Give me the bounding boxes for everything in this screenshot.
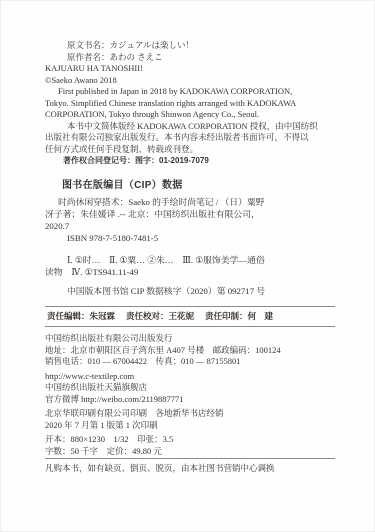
printer-distributor-line: 北京华联印刷有限公司印刷 各地新华书店经销 xyxy=(45,408,335,420)
cip-classification-line-2: 读物 Ⅳ. ①TS941.11-49 xyxy=(45,266,335,278)
staff-row: 责任编辑：朱冠霖 责任校对：王花妮 责任印制：何 建 xyxy=(45,306,335,327)
chinese-rights-line-2: 出版社有限公司独家出版发行。本书内容未经出版者书面许可，不得以 xyxy=(45,132,335,144)
original-title-line: 原文书名：カジュアルは楽しい！ xyxy=(45,40,335,52)
responsible-editor: 责任编辑：朱冠霖 xyxy=(47,310,115,322)
cip-block: 时尚休闲穿搭术：Saeko 的手绘时尚笔记 / （日）粟野 冴子著；朱佳媛译 .… xyxy=(45,196,335,297)
publisher-name-line: 中国纺织出版社有限公司出版发行 xyxy=(45,333,335,345)
cip-heading: 图书在版编目（CIP）数据 xyxy=(45,176,335,191)
cip-classification-line-1: Ⅰ. ①时… Ⅱ. ①粟… ②朱… Ⅲ. ①服饰美学—通俗 xyxy=(45,254,335,266)
format-sheets-line: 开本：880×1230 1/32 印张：3.5 xyxy=(45,434,335,446)
copyright-block: 原文书名：カジュアルは楽しい！ 原作者名：あわの さえこ KAJUARU HA … xyxy=(45,40,335,167)
wordcount-price-line: 字数：50 千字 定价：49.80 元 xyxy=(45,446,335,458)
copyright-registration-number: 著作权合同登记号：图字：01-2019-7079 xyxy=(45,155,335,167)
replacement-notice: 凡购本书，如有缺页、倒页、脱页，由本社图书营销中心调换 xyxy=(45,463,335,474)
publisher-address-line: 地址：北京市朝阳区百子湾东里 A407 号楼 邮政编码：100124 xyxy=(45,345,335,357)
first-published-line: First published in Japan in 2018 by KADO… xyxy=(45,86,335,98)
responsible-printer: 责任印制：何 建 xyxy=(205,310,273,322)
publisher-block: 中国纺织出版社有限公司出版发行 地址：北京市朝阳区百子湾东里 A407 号楼 邮… xyxy=(45,333,335,457)
original-author-line: 原作者名：あわの さえこ xyxy=(45,52,335,64)
footer-divider xyxy=(45,458,335,459)
rights-arranged-line: Tokyo. Simplified Chinese translation ri… xyxy=(45,98,335,110)
cip-record-number-line: 中国版本图书馆 CIP 数据核字（2020）第 092717 号 xyxy=(45,285,335,297)
cip-entry-line-2: 冴子著；朱佳媛译 .-- 北京：中国纺织出版社有限公司， xyxy=(45,208,335,220)
chinese-rights-line-1: 本书中文简体版经 KADOKAWA CORPORATION 授权，由中国纺织 xyxy=(45,121,335,133)
edition-printing-line: 2020 年 7 月第 1 版第 1 次印刷 xyxy=(45,420,335,432)
publisher-weibo-line: 官方微博 http://weibo.com/2119887771 xyxy=(45,394,335,406)
rights-agency-line: CORPORATION, Tokyo through Shinwon Agenc… xyxy=(45,109,335,121)
colophon-page: 原文书名：カジュアルは楽しい！ 原作者名：あわの さえこ KAJUARU HA … xyxy=(0,0,375,532)
chinese-rights-line-3: 任何方式或任何手段复制、转载或刊登。 xyxy=(45,144,335,156)
cip-entry-line-1: 时尚休闲穿搭术：Saeko 的手绘时尚笔记 / （日）粟野 xyxy=(45,196,335,208)
isbn-line: ISBN 978-7-5180-7481-5 xyxy=(45,232,335,244)
romaji-title-line: KAJUARU HA TANOSHII! xyxy=(45,63,335,75)
publisher-website-line: http://www.c-textilep.com xyxy=(45,371,335,383)
copyright-notice-line: ©Saeko Awano 2018 xyxy=(45,75,335,87)
responsible-proofreader: 责任校对：王花妮 xyxy=(126,310,194,322)
publisher-tmall-line: 中国纺织出版社天猫旗舰店 xyxy=(45,382,335,394)
cip-entry-line-3: 2020.7 xyxy=(45,220,335,232)
publisher-phone-line: 销售电话：010 — 67004422 传真：010 — 87155801 xyxy=(45,356,335,368)
